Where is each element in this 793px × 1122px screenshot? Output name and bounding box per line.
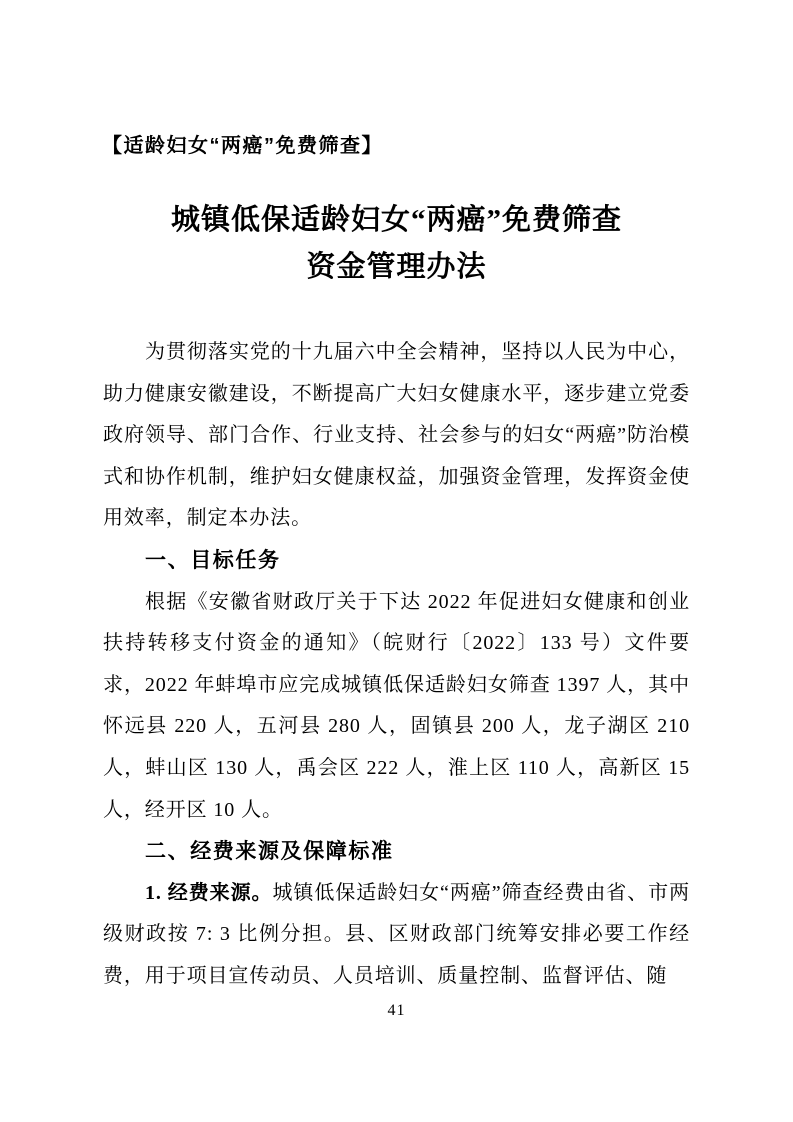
title-line-1: 城镇低保适龄妇女“两癌”免费筛查 (103, 197, 690, 244)
document-page: 【适龄妇女“两癌”免费筛查】 城镇低保适龄妇女“两癌”免费筛查 资金管理办法 为… (0, 0, 793, 1122)
section-heading-1: 一、目标任务 (103, 540, 690, 582)
document-title: 城镇低保适龄妇女“两癌”免费筛查 资金管理办法 (103, 197, 690, 291)
funding-paragraph-lead: 1. 经费来源。 (145, 882, 272, 904)
intro-paragraph: 为贯彻落实党的十九届六中全会精神，坚持以人民为中心，助力健康安徽建设，不断提高广… (103, 332, 690, 540)
funding-paragraph: 1. 经费来源。城镇低保适龄妇女“两癌”筛查经费由省、市两级财政按 7: 3 比… (103, 873, 690, 998)
category-tag: 【适龄妇女“两癌”免费筛查】 (102, 129, 383, 158)
document-body: 为贯彻落实党的十九届六中全会精神，坚持以人民为中心，助力健康安徽建设，不断提高广… (103, 332, 690, 998)
goal-paragraph: 根据《安徽省财政厅关于下达 2022 年促进妇女健康和创业扶持转移支付资金的通知… (103, 582, 690, 832)
section-heading-2: 二、经费来源及保障标准 (103, 831, 690, 873)
title-line-2: 资金管理办法 (103, 244, 690, 291)
page-number: 41 (0, 1002, 793, 1020)
